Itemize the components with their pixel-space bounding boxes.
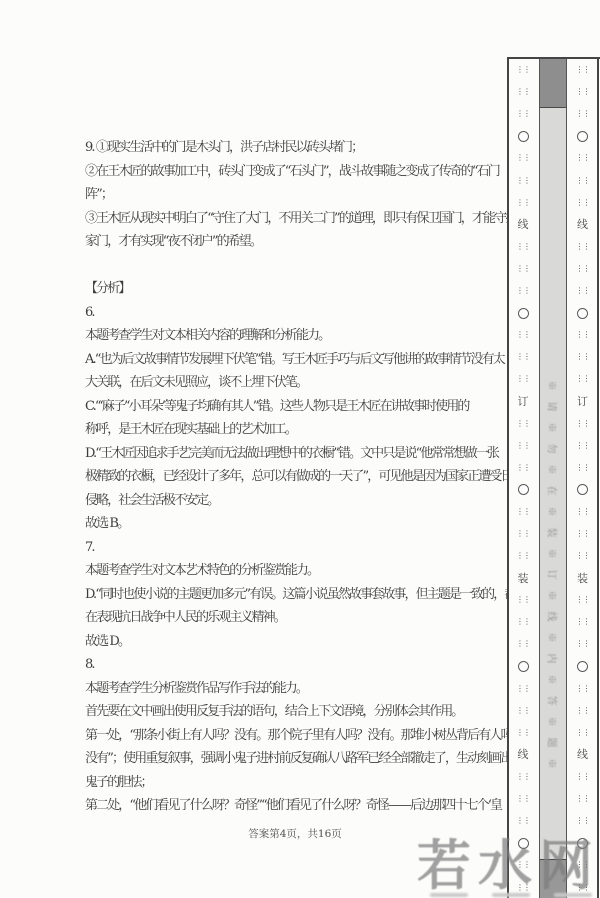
text-line: 本题考查学生对文本艺术特色的分析鉴赏能力。 (85, 559, 515, 583)
answer-text-block: 9. ①现实生活中的门是木头门，洪子店村民以砖头堵门；②在王木匠的故事加工中，砖… (85, 136, 515, 818)
fold-dots-icon: ⋮⋮ (516, 59, 530, 81)
fold-dots-icon: ⋮⋮ (576, 795, 590, 803)
text-line: D.“同时也使小说的主题更加多元”有误。这篇小说虽然故事套故事，但主题是一致的，… (85, 583, 515, 607)
fold-dots-icon: ⋮⋮ (516, 861, 530, 869)
fold-dots-icon: ⋮⋮ (516, 265, 530, 273)
fold-dots-icon: ⋮⋮ (576, 375, 590, 383)
punch-hole-icon (577, 484, 588, 495)
text-line: 鬼子的胆怯； (85, 771, 515, 795)
fold-dots-icon: ⋮⋮ (516, 552, 530, 560)
fold-dots-icon: ⋮⋮ (516, 722, 530, 744)
watermark-caption-bar (554, 893, 592, 897)
binding-char: 线 (518, 214, 529, 236)
fold-dots-icon: ⋮⋮ (516, 508, 530, 516)
fold-dots-icon: ⋮⋮ (516, 199, 530, 207)
text-line: 在表现抗日战争中人民的乐观主义精神。 (85, 606, 515, 630)
fold-dots-icon: ⋮⋮ (516, 678, 530, 700)
text-line: 故选 B。 (85, 512, 515, 536)
fold-dots-icon: ⋮⋮ (516, 324, 530, 346)
fold-dots-icon: ⋮⋮ (516, 375, 530, 383)
fold-dots-icon: ⋮⋮ (516, 530, 530, 538)
fold-dots-icon: ⋮⋮ (516, 545, 530, 567)
fold-dots-icon: ⋮⋮ (576, 258, 590, 280)
fold-dots-icon: ⋮⋮ (576, 81, 590, 103)
punch-hole-icon (518, 661, 529, 672)
text-line: 8. (85, 653, 515, 677)
fold-dots-icon: ⋮⋮ (516, 280, 530, 302)
fold-dots-icon: ⋮⋮ (516, 368, 530, 390)
punch-hole-icon (577, 479, 588, 501)
punch-hole-icon (577, 308, 588, 319)
text-line: C.“‘麻子’‘小耳朵’等鬼子均确有其人”错。这些人物只是王木匠在讲故事时使用的 (85, 395, 515, 419)
fold-dots-icon: ⋮⋮ (516, 103, 530, 125)
binding-column-left: ⋮⋮⋮⋮⋮⋮⋮⋮⋮⋮⋮⋮线⋮⋮⋮⋮⋮⋮⋮⋮⋮⋮⋮⋮订⋮⋮⋮⋮⋮⋮⋮⋮⋮⋮⋮⋮装⋮… (509, 59, 537, 898)
fold-dots-icon: ⋮⋮ (576, 810, 590, 832)
fold-dots-icon: ⋮⋮ (576, 523, 590, 545)
scanned-answer-page: 9. ①现实生活中的门是木头门，洪子店村民以砖头堵门；②在王木匠的故事加工中，砖… (0, 0, 600, 898)
fold-dots-icon: ⋮⋮ (576, 324, 590, 346)
fold-dots-icon: ⋮⋮ (516, 633, 530, 655)
text-line: 没有”；使用重复叙事，强调小鬼子进村前反复确认八路军已经全部撤走了，生动刻画出小 (85, 747, 515, 771)
binding-char: 装 (577, 573, 588, 584)
fold-dots-icon: ⋮⋮ (516, 66, 530, 74)
binding-char: 线 (577, 749, 588, 760)
fold-dots-icon: ⋮⋮ (516, 729, 530, 737)
binding-char: 订 (577, 396, 588, 407)
fold-dots-icon: ⋮⋮ (516, 707, 530, 715)
punch-hole-icon (518, 125, 529, 147)
text-line: 第二处，“他们看见了什么呀？奇怪”“他们看见了什么呀？奇怪——后边那四十七个‘皇 (85, 794, 515, 818)
punch-hole-icon (518, 302, 529, 324)
seal-strip-text: ※请※勿※在※装※订※线※内※答※题※ (546, 380, 561, 779)
fold-dots-icon: ⋮⋮ (576, 243, 590, 251)
seal-strip: ※请※勿※在※装※订※线※内※答※题※ (539, 59, 567, 898)
fold-dots-icon: ⋮⋮ (516, 331, 530, 339)
fold-dots-icon: ⋮⋮ (516, 154, 530, 162)
binding-char: 订 (577, 390, 588, 412)
punch-hole-icon (577, 832, 588, 854)
binding-char: 订 (518, 390, 529, 412)
fold-dots-icon: ⋮⋮ (516, 788, 530, 810)
fold-dots-icon: ⋮⋮ (576, 236, 590, 258)
text-line: 【分析】 (85, 277, 515, 301)
binding-char: 装 (518, 567, 529, 589)
punch-hole-icon (577, 131, 588, 142)
fold-dots-icon: ⋮⋮ (576, 420, 590, 428)
fold-dots-icon: ⋮⋮ (516, 854, 530, 876)
text-line: 故选 D。 (85, 630, 515, 654)
fold-dots-icon: ⋮⋮ (576, 169, 590, 191)
fold-dots-icon: ⋮⋮ (576, 633, 590, 655)
fold-dots-icon: ⋮⋮ (576, 589, 590, 611)
fold-dots-icon: ⋮⋮ (576, 773, 590, 781)
fold-dots-icon: ⋮⋮ (576, 110, 590, 118)
fold-dots-icon: ⋮⋮ (576, 346, 590, 368)
fold-dots-icon: ⋮⋮ (576, 700, 590, 722)
binding-char: 线 (577, 744, 588, 766)
fold-dots-icon: ⋮⋮ (576, 501, 590, 523)
fold-dots-icon: ⋮⋮ (516, 420, 530, 428)
fold-dots-icon: ⋮⋮ (516, 346, 530, 368)
fold-dots-icon: ⋮⋮ (516, 236, 530, 258)
fold-dots-icon: ⋮⋮ (576, 280, 590, 302)
text-line: 7. (85, 536, 515, 560)
fold-dots-icon: ⋮⋮ (576, 596, 590, 604)
fold-dots-icon: ⋮⋮ (516, 147, 530, 169)
fold-dots-icon: ⋮⋮ (576, 678, 590, 700)
fold-dots-icon: ⋮⋮ (516, 700, 530, 722)
fold-dots-icon: ⋮⋮ (576, 457, 590, 479)
punch-hole-icon (518, 656, 529, 678)
fold-dots-icon: ⋮⋮ (576, 618, 590, 626)
fold-dots-icon: ⋮⋮ (576, 442, 590, 450)
fold-dots-icon: ⋮⋮ (576, 413, 590, 435)
punch-hole-icon (518, 131, 529, 142)
punch-hole-icon (518, 479, 529, 501)
punch-hole-icon (518, 308, 529, 319)
fold-dots-icon: ⋮⋮ (576, 103, 590, 125)
fold-dots-icon: ⋮⋮ (576, 722, 590, 744)
fold-dots-icon: ⋮⋮ (516, 258, 530, 280)
fold-dots-icon: ⋮⋮ (576, 66, 590, 74)
fold-dots-icon: ⋮⋮ (516, 88, 530, 96)
text-line: 本题考查学生对文本相关内容的理解和分析能力。 (85, 324, 515, 348)
text-line: 极精致的衣橱，已经设计了多年，总可以有做成的一天了”，可见他是因为国家正遭受日本 (85, 465, 515, 489)
text-line: 首先要在文中画出使用反复手法的语句，结合上下文语境，分别体会其作用。 (85, 700, 515, 724)
punch-hole-icon (577, 838, 588, 849)
punch-hole-icon (518, 838, 529, 849)
fold-dots-icon: ⋮⋮ (516, 442, 530, 450)
punch-hole-icon (518, 832, 529, 854)
fold-dots-icon: ⋮⋮ (576, 265, 590, 273)
watermark-caption-bar (430, 893, 468, 897)
binding-char: 线 (577, 219, 588, 230)
fold-dots-icon: ⋮⋮ (516, 596, 530, 604)
fold-dots-icon: ⋮⋮ (576, 331, 590, 339)
text-line: 6. (85, 301, 515, 325)
text-line: ③王木匠从现实中明白了“守住了大门，不用关二门”的道理，即只有保卫国门，才能守护 (85, 207, 515, 231)
binding-char: 装 (577, 567, 588, 589)
text-line: D.“王木匠因追求手艺完美而无法做出理想中的衣橱”错。文中只是说“他常常想做一张 (85, 442, 515, 466)
fold-dots-icon: ⋮⋮ (576, 177, 590, 185)
text-line: A.“也为后文故事情节发展埋下伏笔”错。写王木匠手巧与后文写他讲的故事情节没有太 (85, 348, 515, 372)
fold-dots-icon: ⋮⋮ (576, 353, 590, 361)
text-line: 大关联，在后文未见照应，谈不上埋下伏笔。 (85, 371, 515, 395)
fold-dots-icon: ⋮⋮ (576, 707, 590, 715)
binding-char: 装 (518, 573, 529, 584)
fold-dots-icon: ⋮⋮ (516, 110, 530, 118)
fold-dots-icon: ⋮⋮ (516, 685, 530, 693)
binding-char: 线 (518, 744, 529, 766)
fold-dots-icon: ⋮⋮ (516, 192, 530, 214)
fold-dots-icon: ⋮⋮ (576, 685, 590, 693)
text-line: 家门，才有实现“夜不闭户”的希望。 (85, 230, 515, 254)
fold-dots-icon: ⋮⋮ (516, 795, 530, 803)
fold-dots-icon: ⋮⋮ (516, 589, 530, 611)
fold-dots-icon: ⋮⋮ (576, 817, 590, 825)
fold-dots-icon: ⋮⋮ (576, 88, 590, 96)
punch-hole-icon (577, 661, 588, 672)
binding-char: 线 (518, 219, 529, 230)
fold-dots-icon: ⋮⋮ (516, 611, 530, 633)
fold-dots-icon: ⋮⋮ (516, 501, 530, 523)
watermark-caption (430, 893, 592, 897)
fold-dots-icon: ⋮⋮ (516, 523, 530, 545)
fold-dots-icon: ⋮⋮ (516, 884, 530, 892)
fold-dots-icon: ⋮⋮ (516, 413, 530, 435)
punch-hole-icon (577, 656, 588, 678)
fold-dots-icon: ⋮⋮ (576, 147, 590, 169)
fold-dots-icon: ⋮⋮ (516, 287, 530, 295)
text-line: 侵略，社会生活极不安定。 (85, 489, 515, 513)
binding-char: 线 (518, 749, 529, 760)
punch-hole-icon (518, 484, 529, 495)
text-line: 阵”； (85, 183, 515, 207)
fold-dots-icon: ⋮⋮ (516, 766, 530, 788)
binding-char: 订 (518, 396, 529, 407)
fold-dots-icon: ⋮⋮ (576, 154, 590, 162)
fold-dots-icon: ⋮⋮ (576, 854, 590, 876)
seal-strip-dark-top (540, 59, 566, 108)
fold-dots-icon: ⋮⋮ (576, 545, 590, 567)
text-line: 称呼，是王木匠在现实基础上的艺术加工。 (85, 418, 515, 442)
fold-dots-icon: ⋮⋮ (516, 177, 530, 185)
fold-dots-icon: ⋮⋮ (516, 773, 530, 781)
punch-hole-icon (577, 302, 588, 324)
punch-hole-icon (577, 125, 588, 147)
fold-dots-icon: ⋮⋮ (516, 435, 530, 457)
watermark-caption-bar (492, 893, 530, 897)
fold-dots-icon: ⋮⋮ (516, 640, 530, 648)
fold-dots-icon: ⋮⋮ (576, 640, 590, 648)
fold-dots-icon: ⋮⋮ (516, 464, 530, 472)
fold-dots-icon: ⋮⋮ (576, 530, 590, 538)
fold-dots-icon: ⋮⋮ (516, 810, 530, 832)
text-line: 第一处，“那条小街上有人吗？没有。那个院子里有人吗？没有。那堆小树丛背后有人吗？ (85, 724, 515, 748)
text-line: ②在王木匠的故事加工中，砖头门变成了“石头门”，战斗故事随之变成了传奇的“石门 (85, 160, 515, 184)
fold-dots-icon: ⋮⋮ (516, 243, 530, 251)
text-line (85, 254, 515, 278)
fold-dots-icon: ⋮⋮ (576, 287, 590, 295)
fold-dots-icon: ⋮⋮ (576, 611, 590, 633)
fold-dots-icon: ⋮⋮ (576, 766, 590, 788)
page-footer: 答案第4页，共16页 (85, 826, 505, 841)
fold-dots-icon: ⋮⋮ (516, 353, 530, 361)
text-line: 9. ①现实生活中的门是木头门，洪子店村民以砖头堵门； (85, 136, 515, 160)
fold-dots-icon: ⋮⋮ (516, 618, 530, 626)
fold-dots-icon: ⋮⋮ (516, 169, 530, 191)
binding-char: 线 (577, 214, 588, 236)
fold-dots-icon: ⋮⋮ (576, 435, 590, 457)
fold-dots-icon: ⋮⋮ (576, 464, 590, 472)
fold-dots-icon: ⋮⋮ (516, 81, 530, 103)
fold-dots-icon: ⋮⋮ (576, 368, 590, 390)
fold-dots-icon: ⋮⋮ (576, 199, 590, 207)
fold-dots-icon: ⋮⋮ (516, 817, 530, 825)
fold-dots-icon: ⋮⋮ (576, 729, 590, 737)
fold-dots-icon: ⋮⋮ (576, 192, 590, 214)
fold-dots-icon: ⋮⋮ (576, 552, 590, 560)
fold-dots-icon: ⋮⋮ (576, 884, 590, 892)
text-line: 本题考查学生分析鉴赏作品写作手法的能力。 (85, 677, 515, 701)
fold-dots-icon: ⋮⋮ (516, 457, 530, 479)
fold-dots-icon: ⋮⋮ (576, 59, 590, 81)
fold-dots-icon: ⋮⋮ (576, 508, 590, 516)
fold-dots-icon: ⋮⋮ (576, 788, 590, 810)
fold-dots-icon: ⋮⋮ (576, 861, 590, 869)
binding-margin: ⋮⋮⋮⋮⋮⋮⋮⋮⋮⋮⋮⋮线⋮⋮⋮⋮⋮⋮⋮⋮⋮⋮⋮⋮订⋮⋮⋮⋮⋮⋮⋮⋮⋮⋮⋮⋮装⋮… (507, 57, 600, 898)
binding-column-right: ⋮⋮⋮⋮⋮⋮⋮⋮⋮⋮⋮⋮线⋮⋮⋮⋮⋮⋮⋮⋮⋮⋮⋮⋮订⋮⋮⋮⋮⋮⋮⋮⋮⋮⋮⋮⋮装⋮… (568, 59, 599, 898)
